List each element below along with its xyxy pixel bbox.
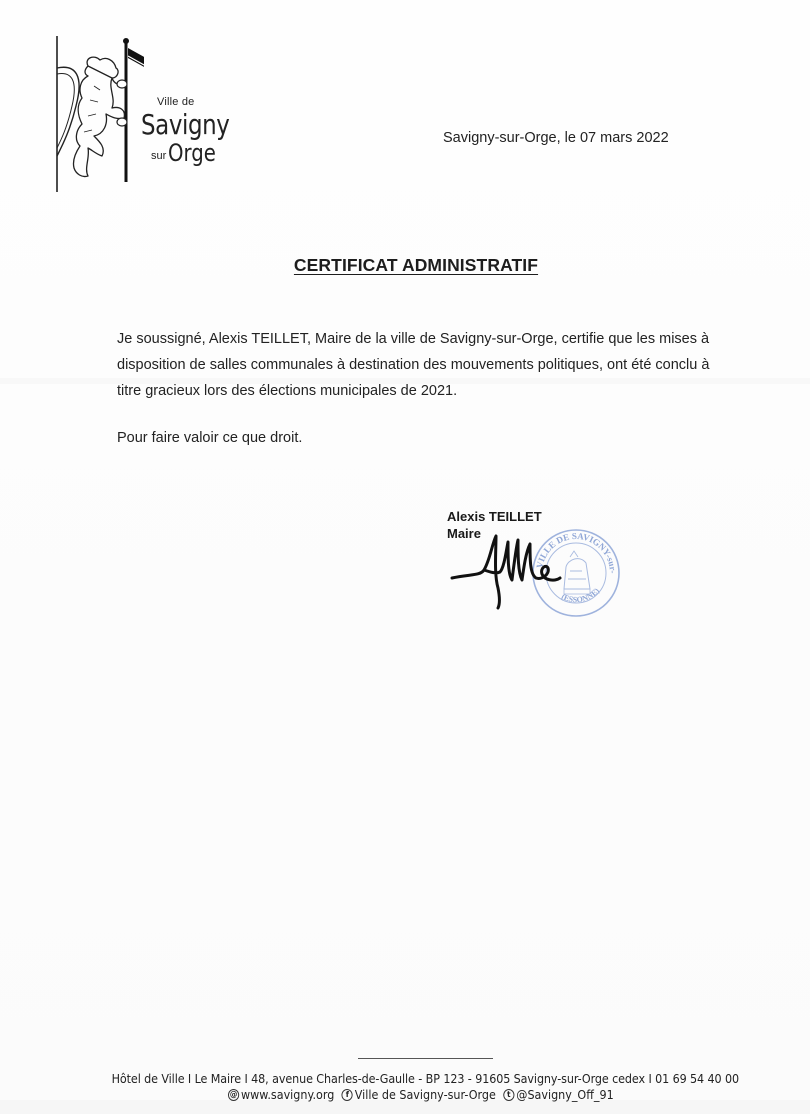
footer-facebook-link[interactable]: f Ville de Savigny-sur-Orge [342, 1088, 496, 1102]
footer-twitter-text: @Savigny_Off_91 [516, 1088, 613, 1102]
scan-artifact [0, 1100, 810, 1114]
logo-sur: sur [151, 150, 166, 162]
document-title: CERTIFICAT ADMINISTRATIF [0, 255, 810, 276]
city-logo: Ville de Savigny sur Orge [54, 36, 234, 196]
body-line: disposition de salles communales à desti… [117, 352, 737, 378]
footer-facebook-text: Ville de Savigny-sur-Orge [355, 1088, 496, 1102]
date-line: Savigny-sur-Orge, le 07 mars 2022 [443, 130, 669, 146]
signer-name: Alexis TEILLET [447, 508, 542, 525]
web-icon: @ [228, 1089, 239, 1101]
twitter-icon: t [503, 1089, 514, 1101]
body-line: Je soussigné, Alexis TEILLET, Maire de l… [117, 326, 737, 352]
footer-website-link[interactable]: @ www.savigny.org [228, 1088, 334, 1102]
footer-address-text: Hôtel de Ville I Le Maire I 48, avenue C… [111, 1072, 738, 1086]
footer-links: @ www.savigny.org f Ville de Savigny-sur… [228, 1088, 614, 1102]
lion-with-banner-icon [54, 36, 144, 196]
logo-orge: Orge [168, 139, 216, 167]
footer-website-text: www.savigny.org [241, 1088, 334, 1102]
logo-ville-de: Ville de [157, 96, 194, 108]
body-line: titre gracieux lors des élections munici… [117, 378, 737, 404]
body-paragraph: Je soussigné, Alexis TEILLET, Maire de l… [117, 326, 737, 404]
facebook-icon: f [342, 1089, 353, 1101]
handwritten-signature [450, 530, 570, 610]
footer-twitter-link[interactable]: t @Savigny_Off_91 [503, 1088, 613, 1102]
document-title-text: CERTIFICAT ADMINISTRATIF [294, 255, 538, 275]
logo-savigny: Savigny [141, 108, 229, 141]
footer-divider [358, 1058, 493, 1059]
closing-line: Pour faire valoir ce que droit. [117, 430, 302, 446]
footer-address: Hôtel de Ville I Le Maire I 48, avenue C… [0, 1072, 810, 1086]
document-page: Ville de Savigny sur Orge Savigny-sur-Or… [0, 0, 810, 1114]
